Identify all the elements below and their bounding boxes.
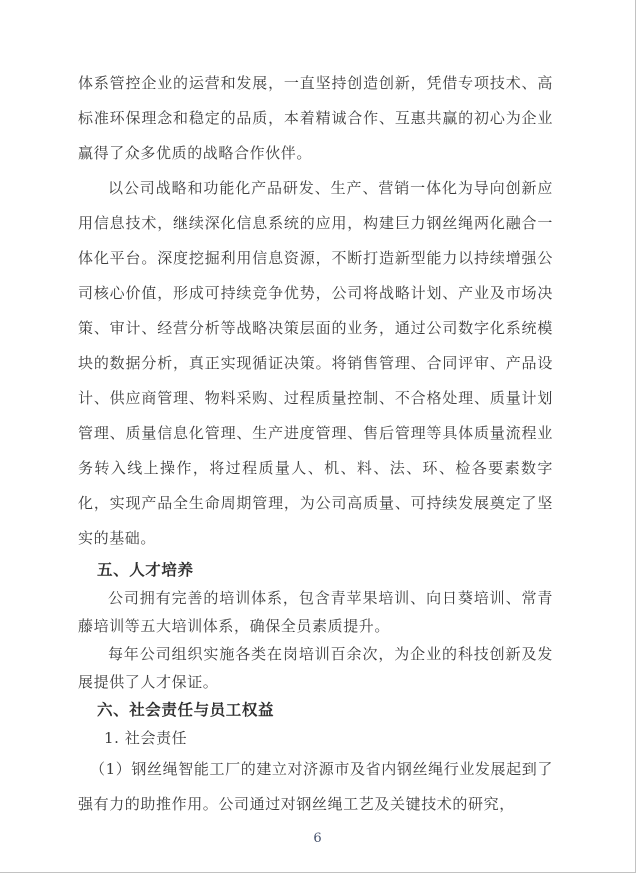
sub-heading-social-responsibility: 1. 社会责任 xyxy=(104,724,553,752)
heading-talent-development: 五、人才培养 xyxy=(97,556,553,584)
page-number: 6 xyxy=(0,831,635,846)
paragraph-partnership-continuation: 体系管控企业的运营和发展，一直坚持创造创新，凭借专项技术、高标准环保理念和稳定的… xyxy=(78,66,553,171)
paragraph-smart-factory: （1）钢丝绳智能工厂的建立对济源市及省内钢丝绳行业发展起到了强有力的助推作用。公… xyxy=(78,752,553,822)
document-page: 体系管控企业的运营和发展，一直坚持创造创新，凭借专项技术、高标准环保理念和稳定的… xyxy=(0,0,636,873)
document-content: 体系管控企业的运营和发展，一直坚持创造创新，凭借专项技术、高标准环保理念和稳定的… xyxy=(0,0,635,822)
paragraph-training-frequency: 每年公司组织实施各类在岗培训百余次，为企业的科技创新及发展提供了人才保证。 xyxy=(78,640,553,696)
paragraph-informatization: 以公司战略和功能化产品研发、生产、营销一体化为导向创新应用信息技术，继续深化信息… xyxy=(78,171,553,556)
heading-social-responsibility: 六、社会责任与员工权益 xyxy=(97,696,553,724)
paragraph-training-system: 公司拥有完善的培训体系，包含青苹果培训、向日葵培训、常青藤培训等五大培训体系，确… xyxy=(78,584,553,640)
